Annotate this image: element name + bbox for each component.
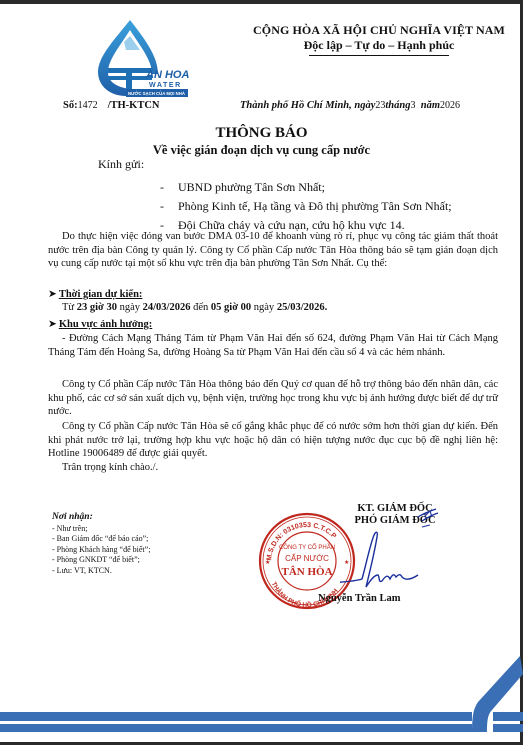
window-frame-top	[0, 0, 523, 4]
company-logo: ÂN HOA WATER NƯỚC SẠCH CỦA MỌI NHÀ	[86, 16, 192, 98]
footer-decoration	[0, 650, 523, 742]
distribution-item: - Phòng Khách hàng “để biết”;	[52, 545, 150, 556]
end-date: 25/03/2026.	[277, 302, 327, 313]
distribution-list: Nơi nhận: - Như trên; - Ban Giám đốc “để…	[52, 512, 150, 576]
document-number: Số:1472/TH-KTCN	[63, 100, 160, 111]
logo-water: WATER	[149, 82, 182, 89]
section-area-heading: ➤Khu vực ảnh hưởng:	[48, 318, 152, 330]
seal-inner-line2: CẤP NƯỚC	[285, 553, 329, 563]
recipient-list: UBND phường Tân Sơn Nhất; Phòng Kinh tế,…	[156, 178, 452, 235]
fix-paragraph: Công ty Cổ phần Cấp nước Tân Hòa sẽ cố g…	[48, 420, 498, 461]
date-day: 23	[375, 100, 385, 111]
arrow-bullet-icon: ➤	[48, 289, 57, 300]
national-header: CỘNG HÒA XÃ HỘI CHỦ NGHĨA VIỆT NAM Độc l…	[245, 23, 513, 56]
svg-text:★: ★	[265, 559, 270, 566]
document-title: THÔNG BÁO	[0, 125, 523, 142]
end-time: 05 giờ 00	[211, 302, 251, 313]
national-motto: CỘNG HÒA XÃ HỘI CHỦ NGHĨA VIỆT NAM	[245, 23, 513, 38]
distribution-item: - Phòng GNKDT “để biết”;	[52, 555, 150, 566]
document-number-value: 1472	[78, 100, 98, 111]
affected-area-paragraph: - Đường Cách Mạng Tháng Tám từ Phạm Văn …	[48, 332, 498, 359]
time-range: Từ 23 giờ 30 ngày 24/03/2026 đến 05 giờ …	[62, 302, 327, 313]
handwritten-signature	[340, 505, 460, 595]
recipient-item: UBND phường Tân Sơn Nhất;	[156, 178, 452, 197]
intro-paragraph: Do thực hiện việc đóng van bước DMA 03-1…	[48, 230, 498, 271]
distribution-heading: Nơi nhận:	[52, 512, 150, 523]
document-number-suffix: /TH-KTCN	[108, 100, 160, 111]
distribution-item: - Ban Giám đốc “để báo cáo”;	[52, 534, 150, 545]
salutation: Kính gửi:	[98, 157, 144, 172]
logo-tagline: NƯỚC SẠCH CỦA MỌI NHÀ	[128, 91, 185, 96]
date-month: 3	[411, 100, 416, 111]
date-year: 2026	[440, 100, 460, 111]
distribution-item: - Lưu: VT, KTCN.	[52, 566, 150, 577]
distribution-item: - Như trên;	[52, 524, 150, 535]
national-slogan: Độc lập – Tự do – Hạnh phúc	[245, 38, 513, 52]
place-date: Thành phố Hồ Chí Minh, ngày23tháng3 năm2…	[240, 100, 460, 111]
logo-name: ÂN HOA	[145, 68, 189, 81]
seal-inner-line1: CÔNG TY CỔ PHẦN	[279, 544, 335, 551]
document-subtitle: Về việc gián đoạn dịch vụ cung cấp nước	[0, 143, 523, 158]
closing-regards: Trân trọng kính chào./.	[62, 462, 158, 473]
start-time: 23 giờ 30	[77, 302, 117, 313]
recipient-item: Phòng Kinh tế, Hạ tầng và Đô thị phường …	[156, 197, 452, 216]
inform-paragraph: Công ty Cổ phần Cấp nước Tân Hòa thông b…	[48, 378, 498, 419]
start-date: 24/03/2026	[143, 302, 191, 313]
signer-name: Nguyễn Trần Lam	[318, 593, 400, 604]
header-underline	[309, 55, 449, 56]
seal-inner-line3: TÂN HÒA	[281, 566, 332, 578]
section-time-heading: ➤Thời gian dự kiến:	[48, 288, 142, 300]
arrow-bullet-icon: ➤	[48, 319, 57, 330]
